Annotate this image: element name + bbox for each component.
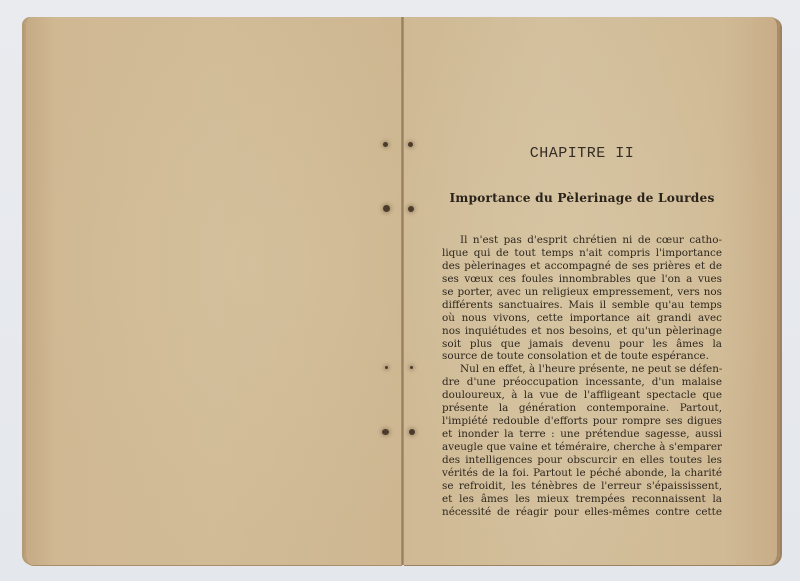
text-line: et inonder la terre : une prétendue sage… xyxy=(442,428,722,441)
text-line: Il n'est pas d'esprit chrétien ni de cœu… xyxy=(442,234,722,247)
book-spine-gutter xyxy=(401,17,404,565)
chapter-title: Importance du Pèlerinage de Lourdes xyxy=(442,191,722,205)
text-line: source de toute consolation et de toute … xyxy=(442,350,722,363)
text-line: et les âmes les mieux trempées reconnais… xyxy=(442,493,722,506)
left-page-blank xyxy=(24,17,402,565)
scanned-book-spread: CHAPITRE II Importance du Pèlerinage de … xyxy=(0,0,800,581)
text-line: l'impiété redouble d'efforts pour rompre… xyxy=(442,415,722,428)
binding-hole xyxy=(408,206,414,212)
text-line: se refroidit, les ténèbres de l'erreur s… xyxy=(442,480,722,493)
text-line: lique qui de tout temps n'ait compris l'… xyxy=(442,247,722,260)
binding-hole xyxy=(383,142,388,147)
text-line: se porter, avec un religieux empressemen… xyxy=(442,286,722,299)
open-book: CHAPITRE II Importance du Pèlerinage de … xyxy=(24,17,780,565)
text-line: des pèlerinages et accompagné de ses pri… xyxy=(442,260,722,273)
binding-hole xyxy=(408,142,413,147)
text-line: ses vœux ces foules innombrables que l'o… xyxy=(442,273,722,286)
text-line: différents sanctuaires. Mais il semble q… xyxy=(442,299,722,312)
binding-hole xyxy=(410,366,413,369)
text-line: nos inquiétudes et nos besoins, et qu'un… xyxy=(442,325,722,338)
text-line: des intelligences pour obscurcir en elle… xyxy=(442,454,722,467)
binding-hole xyxy=(382,429,389,435)
text-line: douloureux, à la vue de l'affligeant spe… xyxy=(442,389,722,402)
body-paragraphs: Il n'est pas d'esprit chrétien ni de cœu… xyxy=(442,234,722,519)
text-line: où nous vivons, cette importance ait gra… xyxy=(442,312,722,325)
text-line: Nul en effet, à l'heure présente, ne peu… xyxy=(442,363,722,376)
text-line: soit plus que jamais devenu pour les âme… xyxy=(442,338,722,351)
text-line: nécessité de réagir pour elles-mêmes con… xyxy=(442,506,722,519)
chapter-heading: CHAPITRE II xyxy=(442,145,722,162)
text-line: présente la génération contemporaine. Pa… xyxy=(442,402,722,415)
binding-hole xyxy=(409,429,415,435)
binding-hole xyxy=(383,205,390,212)
binding-hole xyxy=(385,366,388,369)
text-line: vérités de la foi. Partout le péché abon… xyxy=(442,467,722,480)
text-line: dre d'une préoccupation incessante, d'un… xyxy=(442,376,722,389)
text-line: aveugle que vaine et téméraire, cherche … xyxy=(442,441,722,454)
